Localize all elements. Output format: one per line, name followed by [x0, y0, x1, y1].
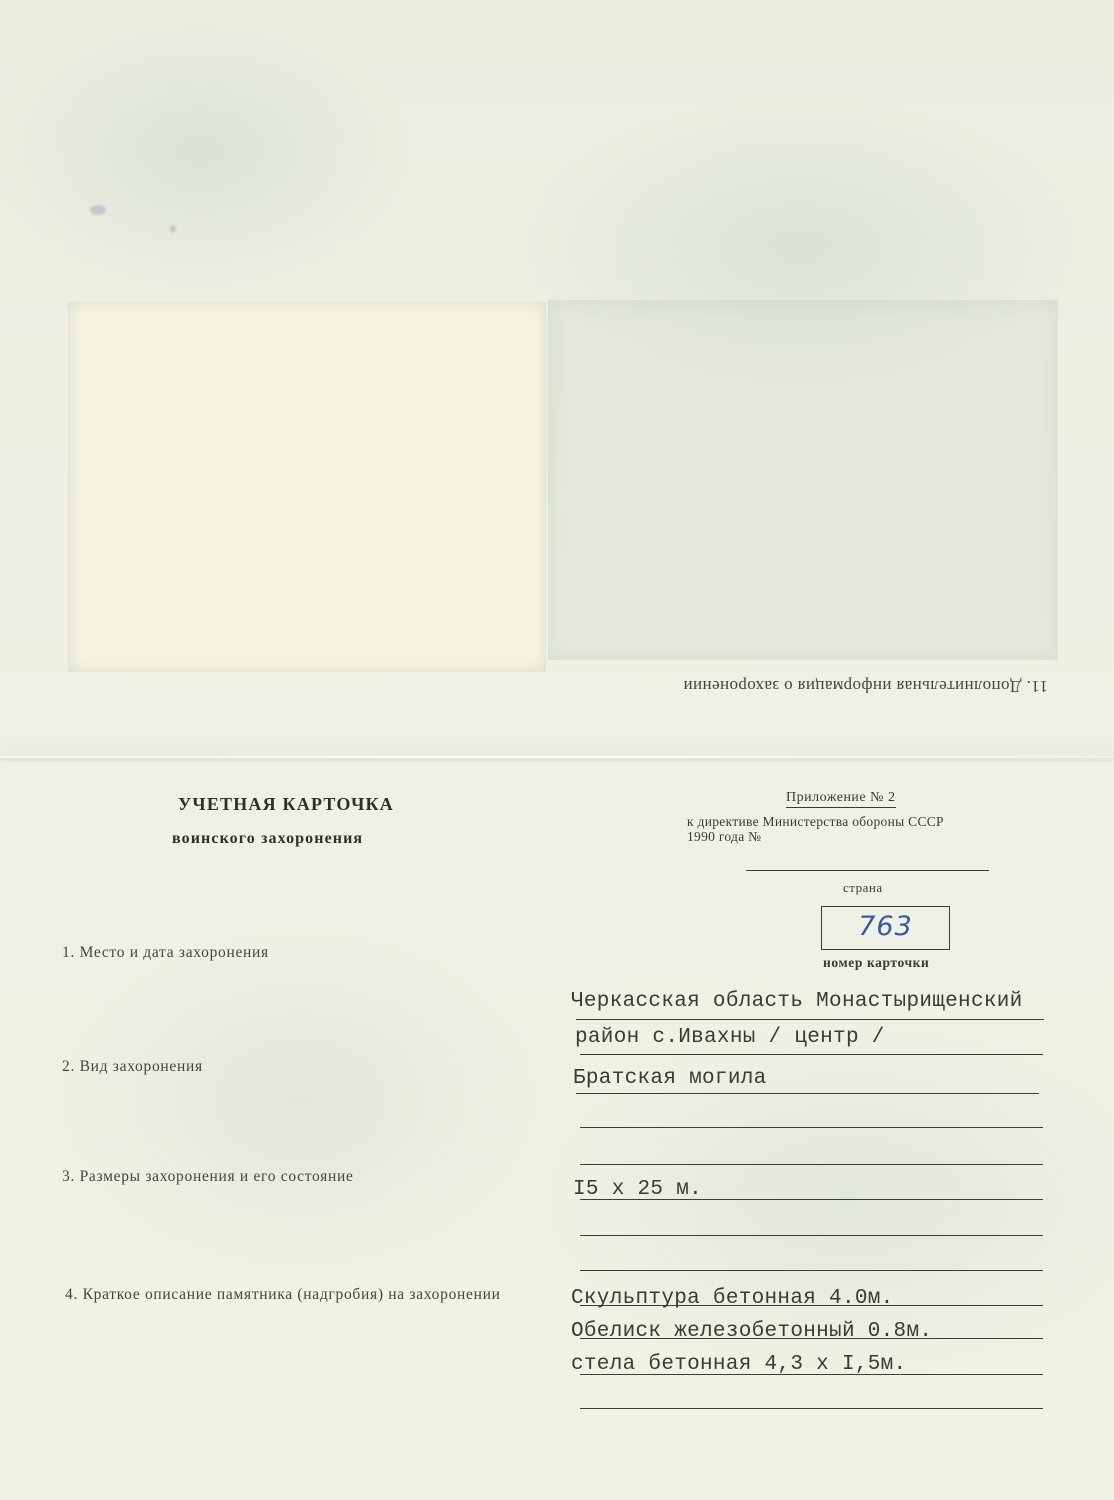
card-title: УЧЕТНАЯ КАРТОЧКА — [178, 794, 394, 815]
field-value-burial-type[interactable]: Братская могила — [573, 1067, 767, 1090]
card-number-caption: номер карточки — [823, 955, 929, 971]
field-rule — [580, 1305, 1043, 1306]
additional-info-heading: 11. Дополнительная информация о захороне… — [578, 676, 1048, 696]
field-label-monument-description: 4. Краткое описание памятника (надгробия… — [65, 1286, 535, 1304]
card-number-value: 763 — [822, 911, 949, 942]
country-caption: страна — [843, 880, 883, 896]
field-value-monument-line-3[interactable]: стела бетонная 4,3 x I,5м. — [571, 1353, 906, 1376]
field-rule — [580, 1199, 1043, 1200]
field-rule — [580, 1374, 1043, 1375]
field-rule-empty[interactable] — [580, 1127, 1043, 1128]
field-rule-empty[interactable] — [580, 1164, 1043, 1165]
field-label-burial-place-date: 1. Место и дата захоронения — [62, 944, 269, 962]
appendix-label: Приложение № 2 — [786, 790, 896, 808]
photo-placeholder-area — [68, 302, 546, 672]
field-value-monument-line-2[interactable]: Обелиск железобетонный 0.8м. — [571, 1320, 932, 1343]
field-rule — [576, 1019, 1044, 1020]
paper-fold-line — [0, 756, 1114, 758]
back-side-info-area — [548, 300, 1058, 660]
field-label-burial-type: 2. Вид захоронения — [62, 1058, 203, 1076]
directive-reference-line-2: 1990 года № — [687, 829, 761, 845]
card-number-field[interactable]: 763 — [821, 906, 950, 950]
country-field[interactable] — [746, 870, 989, 871]
field-rule — [576, 1093, 1039, 1094]
card-subtitle: воинского захоронения — [172, 830, 363, 848]
field-rule-empty[interactable] — [580, 1270, 1043, 1271]
field-rule-empty[interactable] — [580, 1235, 1043, 1236]
field-value-burial-size[interactable]: I5 x 25 м. — [573, 1178, 702, 1201]
field-value-burial-place-line-2[interactable]: район с.Ивахны / центр / — [575, 1026, 885, 1049]
field-value-burial-place-line-1[interactable]: Черкасская область Монастырищенский — [571, 990, 1023, 1013]
ink-smudge — [170, 225, 176, 233]
field-label-burial-size-condition: 3. Размеры захоронения и его состояние — [62, 1168, 354, 1186]
field-value-monument-line-1[interactable]: Скульптура бетонная 4.0м. — [571, 1287, 894, 1310]
directive-reference-line-1: к директиве Министерства обороны СССР — [687, 814, 944, 830]
ink-smudge — [90, 205, 106, 215]
field-rule-empty[interactable] — [580, 1408, 1043, 1409]
field-rule — [580, 1054, 1043, 1055]
burial-record-card: 11. Дополнительная информация о захороне… — [0, 0, 1114, 1500]
field-rule — [580, 1338, 1043, 1339]
